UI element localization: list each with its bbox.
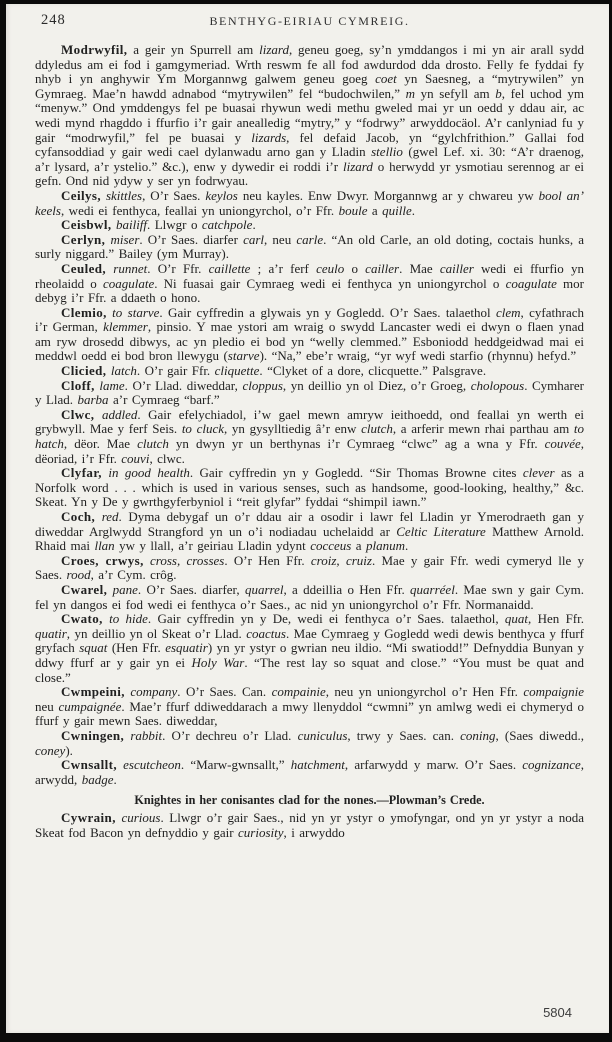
dictionary-entry: Cwarel, pane. O’r Saes. diarfer, quarrel… — [35, 583, 584, 612]
dictionary-text-body: Modrwyfil, a geir yn Spurrell am lizard,… — [35, 43, 584, 840]
page-content: 248 BENTHYG-EIRIAU CYMREIG. Modrwyfil, a… — [6, 4, 609, 840]
dictionary-entry: Cwningen, rabbit. O’r dechreu o’r Llad. … — [35, 729, 584, 758]
verse-quote: Knightes in her conisantes clad for the … — [35, 793, 584, 807]
dictionary-entry: Cloff, lame. O’r Llad. diweddar, cloppus… — [35, 379, 584, 408]
dictionary-entry: Cwmpeini, company. O’r Saes. Can. compai… — [35, 685, 584, 729]
dictionary-entry: Modrwyfil, a geir yn Spurrell am lizard,… — [35, 43, 584, 189]
running-title: BENTHYG-EIRIAU CYMREIG. — [35, 14, 584, 29]
dictionary-entry: Croes, crwys, cross, crosses. O’r Hen Ff… — [35, 554, 584, 583]
dictionary-entry: Clwc, addled. Gair efelychiadol, i’w gae… — [35, 408, 584, 466]
dictionary-entry: Ceisbwl, bailiff. Llwgr o catchpole. — [35, 218, 584, 233]
dictionary-entry: Coch, red. Dyma debygaf un o’r ddau air … — [35, 510, 584, 554]
dictionary-entry: Clicied, latch. O’r gair Ffr. cliquette.… — [35, 364, 584, 379]
plate-number: 5804 — [543, 1005, 572, 1020]
dictionary-entry: Clyfar, in good health. Gair cyffredin y… — [35, 466, 584, 510]
dictionary-entry: Cwnsallt, escutcheon. “Marw-gwnsallt,” h… — [35, 758, 584, 787]
dictionary-entry: Cerlyn, miser. O’r Saes. diarfer carl, n… — [35, 233, 584, 262]
page-header: 248 BENTHYG-EIRIAU CYMREIG. — [35, 12, 584, 30]
dictionary-entry: Ceuled, runnet. O’r Ffr. caillette ; a’r… — [35, 262, 584, 306]
book-page: 248 BENTHYG-EIRIAU CYMREIG. Modrwyfil, a… — [0, 0, 612, 1042]
dictionary-entry: Clemio, to starve. Gair cyffredin a glyw… — [35, 306, 584, 364]
dictionary-entry: Ceilys, skittles, O’r Saes. keylos neu k… — [35, 189, 584, 218]
dictionary-entry: Cywrain, curious. Llwgr o’r gair Saes., … — [35, 811, 584, 840]
dictionary-entry: Cwato, to hide. Gair cyffredin yn y De, … — [35, 612, 584, 685]
